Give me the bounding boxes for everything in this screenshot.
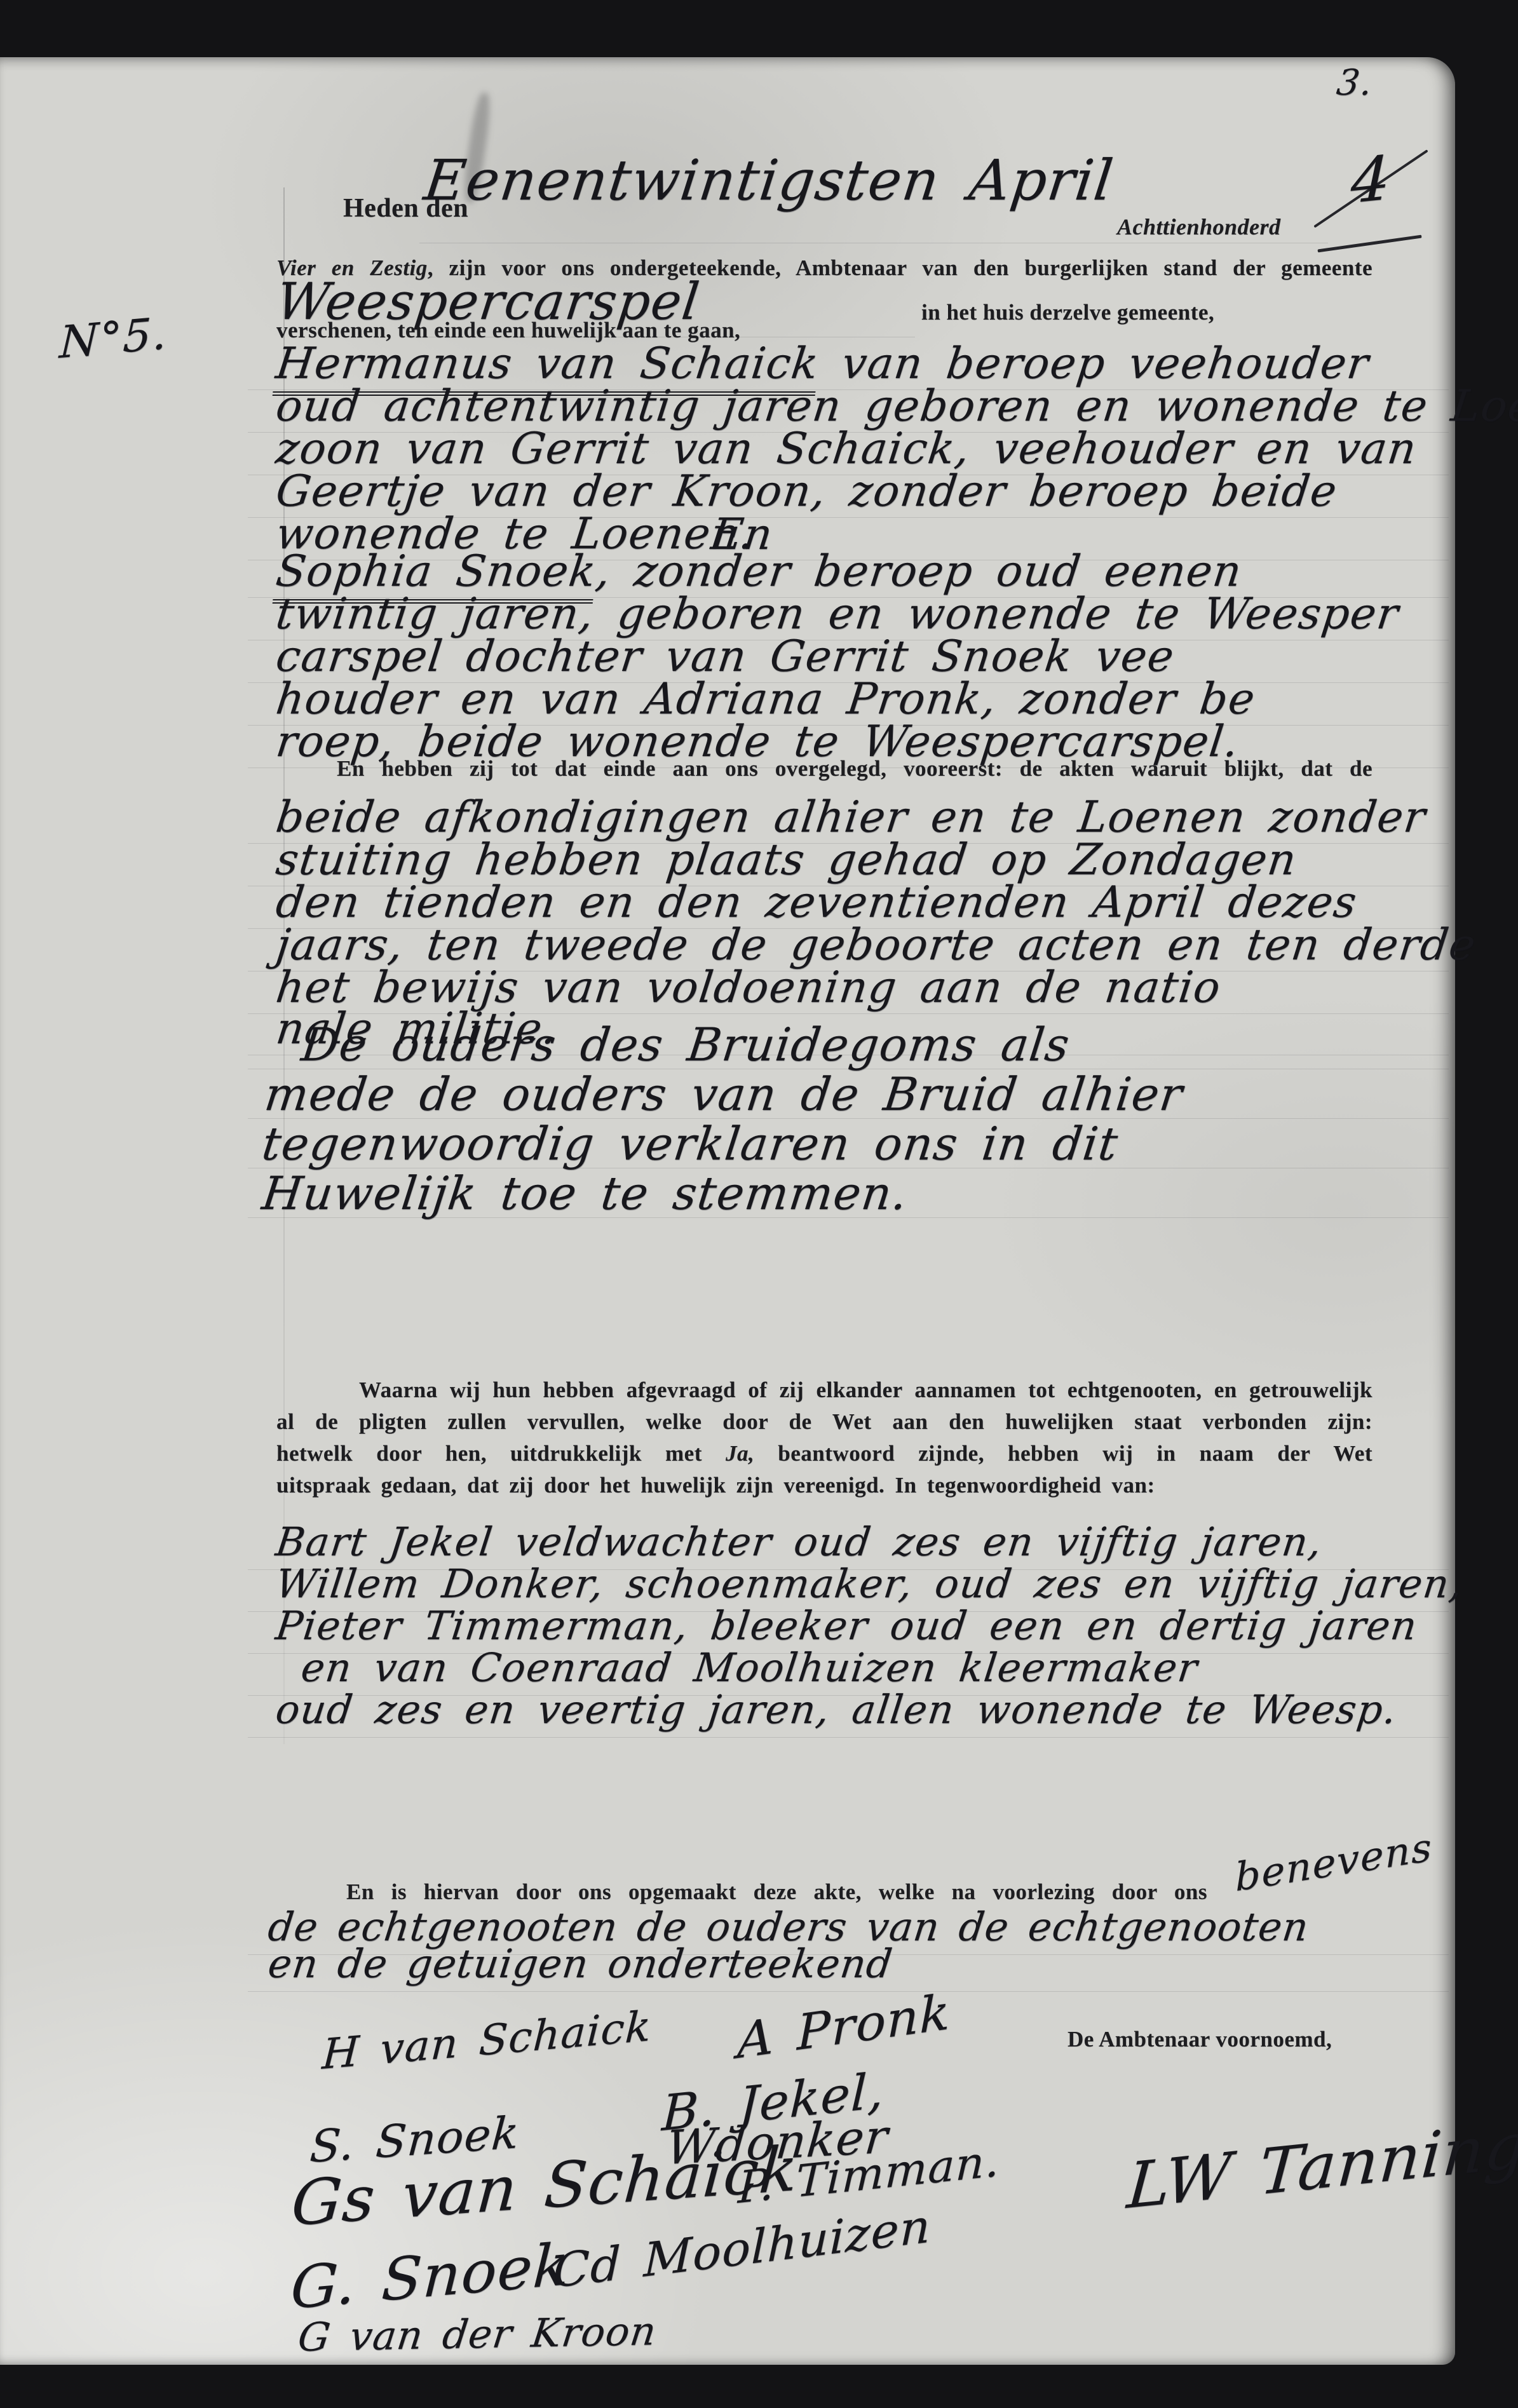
vows-line3-pre: hetwelk door hen, uitdrukkelijk met: [276, 1441, 726, 1466]
printed-overgelegd: En hebben zij tot dat einde aan ons over…: [276, 756, 1372, 781]
guide-line: [248, 1217, 1449, 1218]
guide-line: [248, 725, 1449, 726]
guide-line: [248, 432, 1449, 433]
guide-line: [248, 1653, 1449, 1654]
signature-groom: H van Schaick: [321, 2002, 653, 2079]
handwritten-date: Eenentwintigsten April: [421, 147, 1117, 213]
guide-line: [248, 1013, 1449, 1014]
witness-line-3: Pieter Timmerman, bleeker oud een en der…: [273, 1602, 1420, 1649]
vows-line-2: al de pligten zullen vervullen, welke do…: [276, 1409, 1372, 1435]
consent-line-1: De ouders des Bruidegoms als: [299, 1018, 1073, 1071]
guide-line: [248, 971, 1449, 971]
guide-line: [419, 243, 1328, 243]
certificate-page: 3. 4 N°5. Heden den Eenentwintigsten Apr…: [0, 57, 1455, 2365]
guide-line: [248, 475, 1449, 475]
vows-line-3: hetwelk door hen, uitdrukkelijk met Ja, …: [276, 1441, 1372, 1466]
guide-line: [248, 1695, 1449, 1696]
guide-line: [248, 389, 1449, 390]
printed-closing: En is hiervan door ons opgemaakt deze ak…: [276, 1879, 1207, 1905]
witness-line-5: oud zes en veertig jaren, allen wonende …: [273, 1686, 1400, 1733]
signature-snoek-father: G. Snoek: [289, 2231, 571, 2322]
guide-line: [248, 1069, 1449, 1069]
page-mark-4: 4: [1306, 118, 1452, 264]
signature-official: LW Tanning.: [1125, 2106, 1518, 2223]
marriage-certificate-scan: 3. 4 N°5. Heden den Eenentwintigsten Apr…: [0, 0, 1518, 2408]
official-label: De Ambtenaar voornoemd,: [1067, 2027, 1332, 2052]
witness-line-4: en van Coenraad Moolhuizen kleermaker: [299, 1644, 1201, 1691]
consent-line-4: Huwelijk toe te stemmen.: [259, 1167, 911, 1220]
guide-line: [248, 1737, 1449, 1738]
guide-line: [248, 1611, 1449, 1612]
guide-line: [248, 928, 1449, 929]
vows-line3-post: beantwoord zijnde, hebben wij in naam de…: [754, 1441, 1372, 1466]
guide-line: [248, 1168, 1449, 1168]
printed-huis-line: in het huis derzelve gemeente,: [921, 300, 1214, 325]
guide-line: [248, 768, 1449, 768]
printed-achttienhonderd: Achttienhonderd: [1117, 213, 1281, 240]
guide-line: [248, 1118, 1449, 1119]
act-number: N°5.: [58, 308, 168, 369]
closing-benevens: benevens: [1234, 1824, 1433, 1900]
guide-line: [248, 1991, 1449, 1992]
guide-line: [248, 597, 1449, 598]
vows-ja-word: Ja,: [726, 1441, 754, 1466]
guide-line: [248, 682, 1449, 683]
guide-line: [248, 560, 1449, 560]
witness-line-1: Bart Jekel veldwachter oud zes en vijfti…: [273, 1519, 1325, 1565]
signature-pronk: A Pronk: [737, 1984, 951, 2070]
guide-line: [248, 517, 1449, 518]
closing-line-2: en de getuigen onderteekend: [266, 1940, 895, 1987]
consent-line-2: mede de ouders van de Bruid alhier: [262, 1067, 1186, 1121]
guide-line: [248, 843, 1449, 844]
signature-kroon: G van der Kroon: [295, 2308, 659, 2360]
guide-line: [248, 1055, 1449, 1055]
guide-line: [248, 886, 1449, 886]
underline-stroke: [1317, 235, 1421, 253]
vows-line-4: uitspraak gedaan, dat zij door het huwel…: [276, 1473, 1155, 1498]
vows-line-1: Waarna wij hun hebben afgevraagd of zij …: [276, 1377, 1372, 1403]
guide-line: [248, 640, 1449, 640]
consent-line-3: tegenwoordig verklaren ons in dit: [259, 1117, 1122, 1170]
witness-line-2: Willem Donker, schoenmaker, oud zes en v…: [273, 1560, 1466, 1607]
guide-line: [407, 337, 915, 337]
guide-line: [248, 1569, 1449, 1570]
guide-line: [248, 1954, 1449, 1955]
page-number: 3.: [1334, 62, 1375, 104]
